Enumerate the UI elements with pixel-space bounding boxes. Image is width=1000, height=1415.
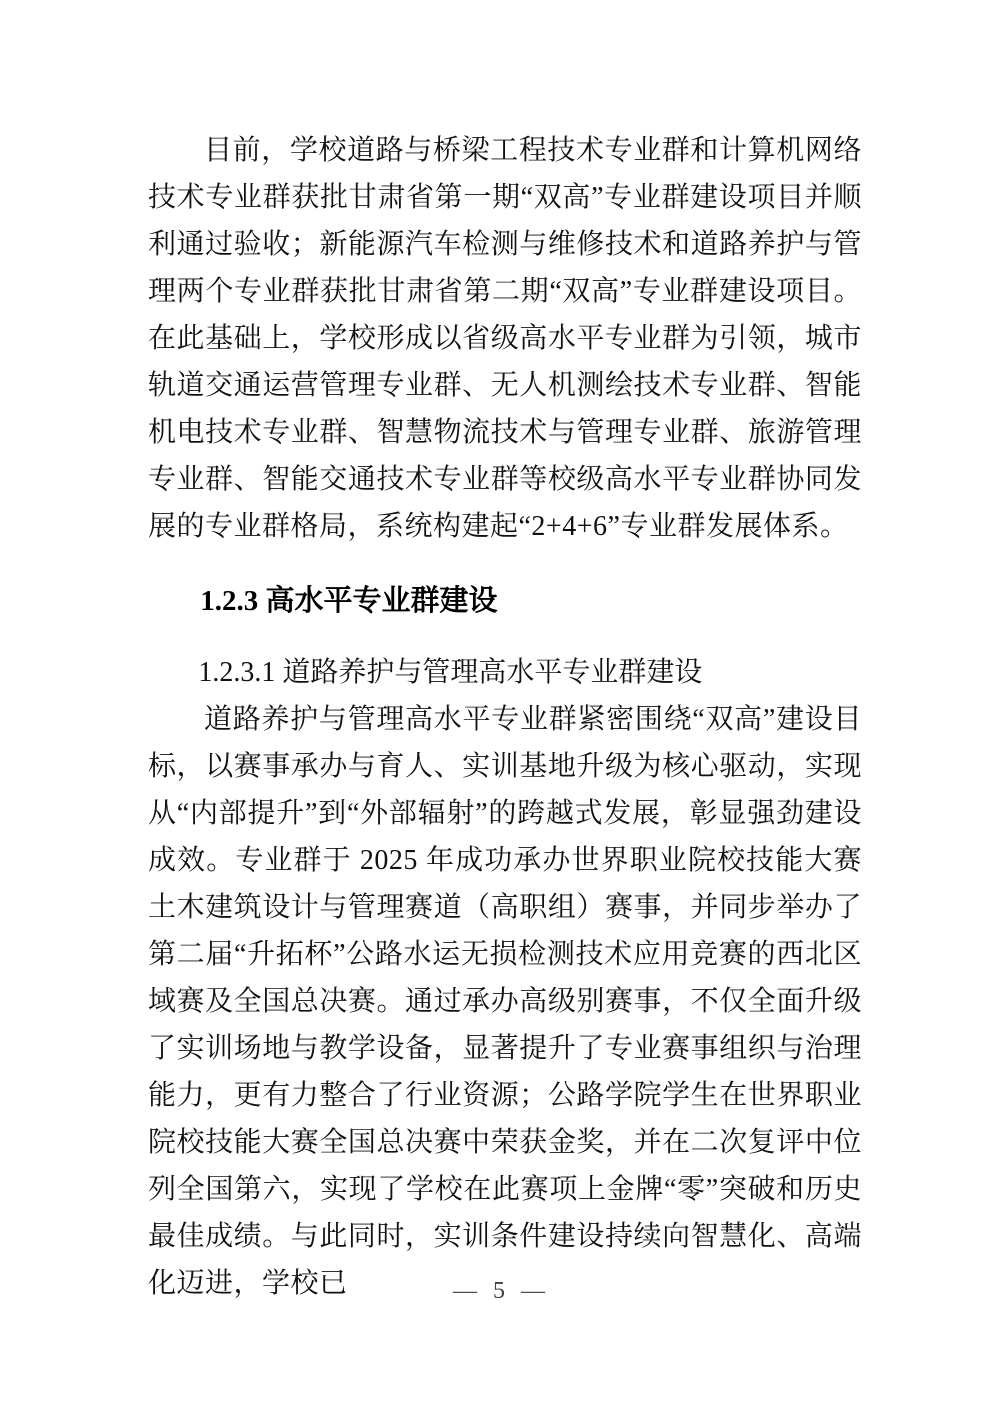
page-footer: —5— bbox=[0, 1276, 1000, 1306]
footer-right-dash: — bbox=[521, 1276, 547, 1306]
document-content: 目前，学校道路与桥梁工程技术专业群和计算机网络技术专业群获批甘肃省第一期“双高”… bbox=[148, 127, 862, 1307]
section-heading: 1.2.3 高水平专业群建设 bbox=[148, 578, 862, 625]
page-number: 5 bbox=[493, 1278, 507, 1304]
paragraph-intro: 目前，学校道路与桥梁工程技术专业群和计算机网络技术专业群获批甘肃省第一期“双高”… bbox=[148, 127, 862, 550]
document-page: 目前，学校道路与桥梁工程技术专业群和计算机网络技术专业群获批甘肃省第一期“双高”… bbox=[0, 0, 1000, 1415]
subsection-heading: 1.2.3.1 道路养护与管理高水平专业群建设 bbox=[148, 649, 862, 696]
paragraph-body: 道路养护与管理高水平专业群紧密围绕“双高”建设目标，以赛事承办与育人、实训基地升… bbox=[148, 696, 862, 1307]
footer-left-dash: — bbox=[453, 1276, 479, 1306]
